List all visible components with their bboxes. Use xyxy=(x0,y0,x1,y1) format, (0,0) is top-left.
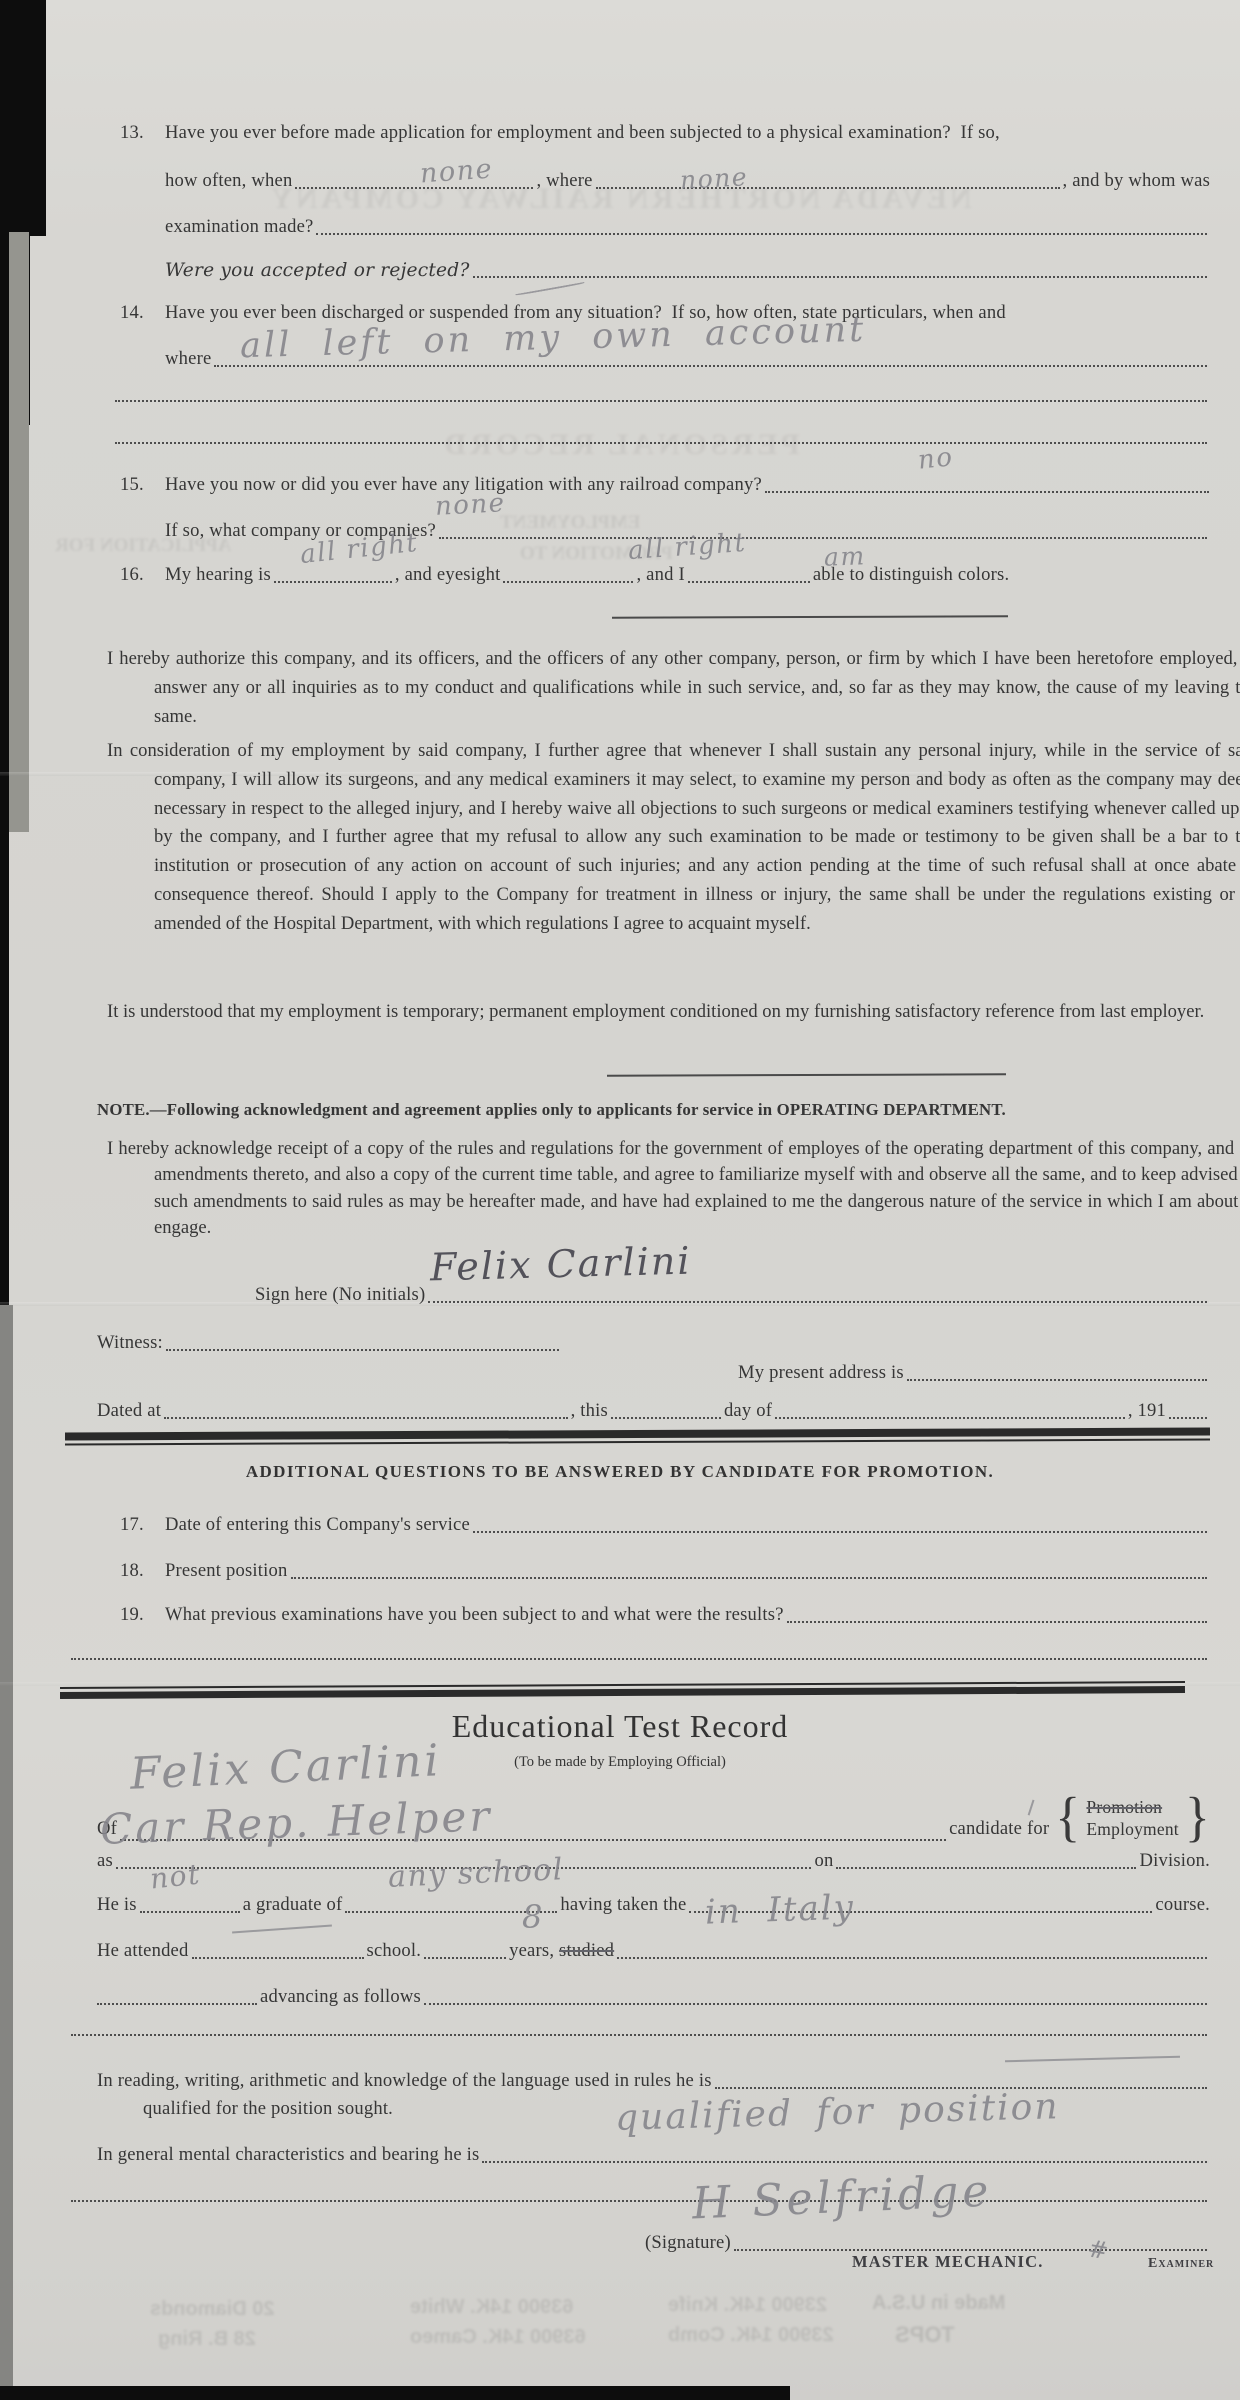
edu-as-row: as on Division. xyxy=(97,1850,1210,1872)
question-16: 16. My hearing is , and eyesight , and I… xyxy=(120,564,1212,586)
scan-notch-gray-wedge xyxy=(9,232,29,832)
dotted-leader xyxy=(71,2030,1207,2036)
dotted-leader xyxy=(482,2157,1207,2163)
studied-label-struck: studied xyxy=(559,1940,614,1962)
edu-attended-row: He attended school. years, studied xyxy=(97,1940,1210,1962)
consideration-paragraph: In consideration of my employment by sai… xyxy=(107,737,1240,939)
dotted-leader xyxy=(787,1617,1207,1623)
dotted-leader xyxy=(115,396,1207,402)
label-examination-made: examination made? xyxy=(165,216,313,238)
edu-graduate-row: He is a graduate of having taken the cou… xyxy=(97,1894,1210,1916)
edu-title: Educational Test Record xyxy=(0,1708,1240,1745)
years-label: years, xyxy=(509,1940,559,1962)
taken-label: having taken the xyxy=(560,1894,686,1916)
edu-general-row: In general mental characteristics and be… xyxy=(97,2144,1210,2166)
scan-corner-notch xyxy=(0,0,46,236)
handwriting-applicant-signature: Felix Carlini xyxy=(429,1239,691,1290)
bleedthrough-stamp-col2a: 63900 14K. White xyxy=(410,2296,573,2319)
dotted-leader xyxy=(424,1953,506,1959)
question-18: 18. Present position xyxy=(120,1560,1210,1582)
reading-label: In reading, writing, arithmetic and know… xyxy=(97,2070,712,2092)
promotion-option-struck: Promotion xyxy=(1086,1796,1178,1818)
dotted-leader xyxy=(291,1573,1207,1579)
witness-label: Witness: xyxy=(97,1332,163,1354)
dotted-leader xyxy=(617,1953,1207,1959)
left-brace: { xyxy=(1055,1791,1080,1846)
bleedthrough-stamp-col3b: 23900 14K. Comb xyxy=(668,2324,834,2347)
handwriting-years: 8 xyxy=(522,1898,544,1936)
attended-label: He attended xyxy=(97,1940,189,1962)
bleedthrough-stamp-col2b: 63900 14K. Cameo xyxy=(410,2326,586,2349)
dotted-leader xyxy=(97,1999,257,2005)
acknowledgment-paragraph: I hereby acknowledge receipt of a copy o… xyxy=(107,1136,1240,1242)
blank-dotted-line xyxy=(68,2196,1210,2205)
note-text: NOTE.—Following acknowledgment and agree… xyxy=(97,1100,1006,1120)
scan-bottom-bar xyxy=(0,2386,790,2400)
question-number: 19. xyxy=(120,1604,165,1626)
blank-dotted-line xyxy=(68,2030,1210,2039)
question-number: 15. xyxy=(120,474,165,496)
dotted-leader xyxy=(596,183,1060,189)
dotted-leader xyxy=(274,577,392,583)
dotted-leader xyxy=(611,1413,721,1419)
handwriting-am: am xyxy=(824,541,867,571)
dotted-leader xyxy=(1169,1413,1207,1419)
question-13-line1: 13. Have you ever before made applicatio… xyxy=(120,122,1212,144)
dotted-leader xyxy=(775,1413,1125,1419)
dotted-leader xyxy=(424,1999,1207,2005)
question-text: What previous examinations have you been… xyxy=(165,1604,784,1626)
question-text: Have you ever before made application fo… xyxy=(165,122,1000,144)
dotted-leader xyxy=(473,272,1207,278)
blank-dotted-line xyxy=(68,1654,1210,1663)
promotion-section-heading: ADDITIONAL QUESTIONS TO BE ANSWERED BY C… xyxy=(0,1462,1240,1482)
dotted-leader xyxy=(71,1654,1207,1660)
master-mechanic-stamp: MASTER MECHANIC. xyxy=(852,2252,1044,2272)
bleedthrough-stamp-col1a: 20 Diamonds xyxy=(150,2298,274,2321)
bleedthrough-stamp-col3a: 23900 14K. Knife xyxy=(668,2294,827,2317)
this-label: , this xyxy=(571,1400,608,1422)
question-number: 18. xyxy=(120,1560,165,1582)
sign-here-label: Sign here (No initials) xyxy=(255,1284,425,1306)
handwriting-q15-no: no xyxy=(917,442,955,476)
label-and-i: , and I xyxy=(636,564,684,586)
general-label: In general mental characteristics and be… xyxy=(97,2144,479,2166)
right-brace: } xyxy=(1185,1791,1210,1846)
graduate-label: a graduate of xyxy=(243,1894,343,1916)
authorization-paragraph: I hereby authorize this company, and its… xyxy=(107,645,1240,731)
dotted-leader xyxy=(316,229,1207,235)
question-13-line4: Were you accepted or rejected? xyxy=(165,260,1210,281)
dotted-leader xyxy=(295,183,533,189)
dotted-leader xyxy=(192,1953,364,1959)
handwriting-in-italy: in Italy xyxy=(704,1887,855,1932)
dotted-leader xyxy=(907,1375,1207,1381)
on-label: on xyxy=(814,1850,833,1872)
examiner-label: Examiner xyxy=(1148,2256,1214,2272)
present-address-row: My present address is xyxy=(738,1362,1210,1384)
signature-line xyxy=(428,1297,1207,1303)
qualified-label: qualified for the position sought. xyxy=(143,2098,393,2120)
handwriting-q13-when: none xyxy=(419,153,494,189)
dated-row: Dated at , this day of , 191 xyxy=(97,1400,1210,1422)
dotted-leader xyxy=(473,1527,1207,1533)
label-hearing: My hearing is xyxy=(165,564,271,586)
edu-advancing-row: advancing as follows xyxy=(97,1986,1210,2008)
label-where: where xyxy=(165,348,211,370)
dotted-leader xyxy=(765,487,1209,493)
dotted-leader xyxy=(688,577,810,583)
question-number: 17. xyxy=(120,1514,165,1536)
dotted-leader xyxy=(164,1413,567,1419)
dotted-leader xyxy=(439,533,1207,539)
candidate-brace-block: { Promotion Employment } xyxy=(1055,1792,1210,1844)
handwriting-not: not xyxy=(148,1857,202,1895)
label-when: how often, when xyxy=(165,170,292,192)
he-is-label: He is xyxy=(97,1894,137,1916)
question-number: 13. xyxy=(120,122,165,144)
question-13-line3: examination made? xyxy=(165,216,1210,238)
witness-row: Witness: xyxy=(97,1332,562,1354)
question-text: Date of entering this Company's service xyxy=(165,1514,470,1536)
dotted-leader xyxy=(836,1863,1136,1869)
day-of-label: day of xyxy=(724,1400,772,1422)
label-eyesight: , and eyesight xyxy=(395,564,501,586)
employment-option: Employment xyxy=(1086,1818,1178,1840)
dotted-leader xyxy=(166,1345,559,1351)
address-label: My present address is xyxy=(738,1362,904,1384)
bleedthrough-stamp-col1b: 28 B. Ring xyxy=(158,2328,256,2351)
question-number: 14. xyxy=(120,302,165,324)
temporary-employment-paragraph: It is understood that my employment is t… xyxy=(107,998,1240,1027)
sign-here-row: Sign here (No initials) xyxy=(255,1284,1210,1306)
signature-label: (Signature) xyxy=(645,2232,731,2254)
year-label: , 191 xyxy=(1128,1400,1166,1422)
blank-dotted-line xyxy=(112,396,1210,405)
handwriting-q15-none: none xyxy=(434,488,506,522)
question-19: 19. What previous examinations have you … xyxy=(120,1604,1210,1626)
question-text: Present position xyxy=(165,1560,288,1582)
dotted-leader xyxy=(503,577,633,583)
bleedthrough-stamp-col4b: TOPS xyxy=(895,2322,955,2348)
advancing-label: advancing as follows xyxy=(260,1986,421,2008)
bleedthrough-stamp-col4a: Made in U.S.A xyxy=(872,2292,1005,2315)
blank-dotted-line xyxy=(112,438,1210,447)
question-15-line1: 15. Have you now or did you ever have an… xyxy=(120,474,1212,496)
candidate-for-label: candidate for xyxy=(949,1818,1049,1840)
signature-line xyxy=(734,2245,1207,2251)
label-by-whom: , and by whom was xyxy=(1063,170,1210,192)
label-where: , where xyxy=(536,170,592,192)
dated-at-label: Dated at xyxy=(97,1400,161,1422)
question-17: 17. Date of entering this Company's serv… xyxy=(120,1514,1210,1536)
dotted-leader xyxy=(115,438,1207,444)
note-line: NOTE.—Following acknowledgment and agree… xyxy=(97,1100,1210,1120)
question-number: 16. xyxy=(120,564,165,586)
dotted-leader xyxy=(71,2196,1207,2202)
handwriting-q13-where: none xyxy=(679,162,748,195)
examiner-signature-row: (Signature) xyxy=(645,2232,1210,2254)
school-label: school. xyxy=(367,1940,422,1962)
dotted-leader xyxy=(140,1907,240,1913)
division-label: Division. xyxy=(1139,1850,1210,1872)
course-label: course. xyxy=(1155,1894,1210,1916)
scanned-document: NEVADA NORTHERN RAILWAY COMPANY PERSONAL… xyxy=(0,0,1240,2400)
label-accepted-rejected: Were you accepted or rejected? xyxy=(165,260,470,281)
